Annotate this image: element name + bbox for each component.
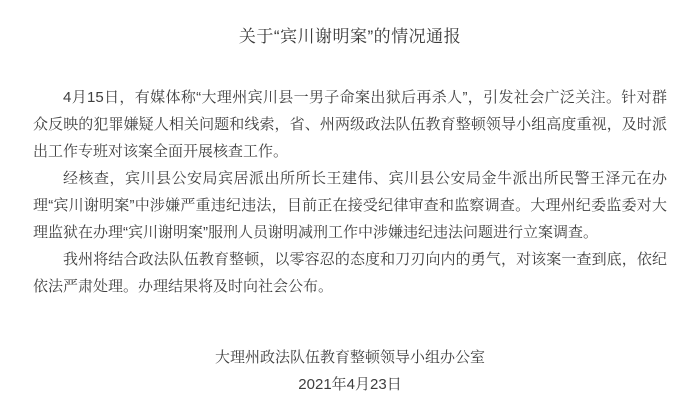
- notice-paragraph-3: 我州将结合政法队伍教育整顿，以零容忍的态度和刀刃向内的勇气，对该案一查到底，依纪…: [33, 246, 667, 300]
- page-title: 关于“宾川谢明案”的情况通报: [0, 26, 700, 48]
- issue-date: 2021年4月23日: [0, 371, 700, 398]
- notice-paragraph-1: 4月15日，有媒体称“大理州宾川县一男子命案出狱后再杀人”，引发社会广泛关注。针…: [33, 84, 667, 165]
- notice-document: 关于“宾川谢明案”的情况通报 4月15日，有媒体称“大理州宾川县一男子命案出狱后…: [0, 0, 700, 419]
- notice-body: 4月15日，有媒体称“大理州宾川县一男子命案出狱后再杀人”，引发社会广泛关注。针…: [33, 84, 667, 300]
- notice-paragraph-2: 经核查，宾川县公安局宾居派出所所长王建伟、宾川县公安局金牛派出所民警王泽元在办理…: [33, 165, 667, 246]
- issuer-signature: 大理州政法队伍教育整顿领导小组办公室: [0, 344, 700, 371]
